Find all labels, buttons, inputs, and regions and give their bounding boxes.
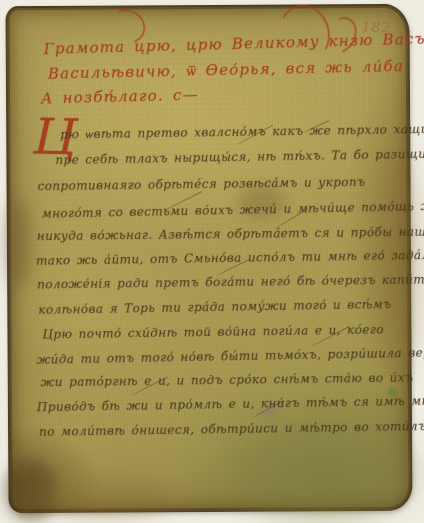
heading-line-1: Грамота црю, црю Великому кнзю Васъ	[44, 30, 424, 58]
body-line: рю ѡвѣта претво хвалсно́мъ какъ же пѣрхл…	[60, 122, 424, 142]
body-line: положе́нія ради претъ бога́ти него́ бѣ о…	[37, 272, 424, 291]
body-line: колѣно́ва я Торь ти гра́да пому́жи того́…	[38, 297, 391, 317]
body-line: Црю почто́ схи́днѣ той во́йна поги́ла е …	[42, 322, 384, 341]
body-line: никуда во́жьнаг. Азвѣ́тся обрѣта́етъ ся …	[37, 224, 424, 243]
body-line: пре себѣ тлахъ нырищы́ся, нѣ тѣ́хъ. Та б…	[55, 146, 424, 167]
ink-stain	[40, 477, 170, 518]
body-line: тако жь а́йти, отъ Смьно́ва испо́лъ ти м…	[36, 248, 424, 268]
body-line: Приво́дъ бѣ жи и про́млѣ е и, кни́гъ тѣ́…	[37, 393, 424, 414]
ink-stain	[4, 460, 56, 522]
discoloration-stain	[230, 426, 416, 522]
body-line: жи́да ти отъ того́ но́вѣ бы́ти тьмо́хъ, …	[37, 345, 424, 367]
manuscript-page: 182 Грамота црю, црю Великому кнзю Васъ …	[5, 4, 412, 513]
body-line: жи рато́ргнѣ е и, и подъ сро́ко снѣ́мъ с…	[41, 370, 414, 389]
body-line: много́тя со вестьми во́ихъ жечи́ и мѣчи́…	[42, 199, 424, 221]
heading-line-3: А нозбѣ́лаго. с—	[41, 86, 199, 108]
body-line: сопротивнаяго обрѣте́ся розвѣса́мъ и укр…	[37, 175, 365, 193]
edge-stain	[5, 198, 32, 288]
body-line: по моли́твѣ о́нишеся, обѣтри́иси и мѣ́тр…	[39, 419, 424, 439]
manuscript-photo: 182 Грамота црю, црю Великому кнзю Васъ …	[0, 0, 424, 523]
heading-line-2: Васильѣвичю, ѿ Ѳео́рья, вся жь ли́ба	[48, 57, 404, 84]
